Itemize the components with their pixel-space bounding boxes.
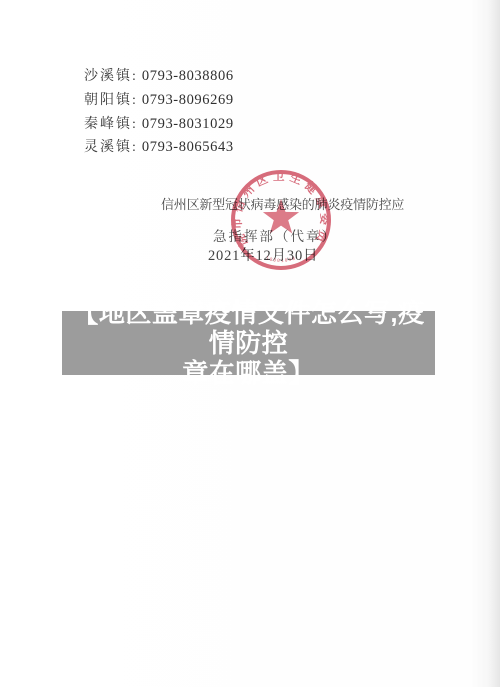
document-page: 沙溪镇: 0793-8038806 朝阳镇: 0793-8096269 秦峰镇:… <box>0 0 500 687</box>
official-seal-stamp: 上饶市信州区卫生健康委员会 18001048 <box>227 166 335 274</box>
phone-number: 0793-8038806 <box>142 69 234 84</box>
caption-banner: 【地区盖章疫情文件怎么写,疫情防控 章在哪盖】 <box>62 311 435 375</box>
town-name: 朝阳镇: <box>84 94 138 109</box>
seal-code: 18001048 <box>265 255 297 264</box>
town-name: 沙溪镇: <box>84 70 138 85</box>
town-name: 秦峰镇: <box>84 118 138 133</box>
caption-line1: 【地区盖章疫情文件怎么写,疫情防控 <box>62 298 435 358</box>
contact-row: 秦峰镇: 0793-8031029 <box>84 117 234 133</box>
contact-row: 灵溪镇: 0793-8065643 <box>84 140 234 156</box>
phone-number: 0793-8096269 <box>142 93 234 108</box>
phone-number: 0793-8031029 <box>142 117 234 132</box>
contact-list: 沙溪镇: 0793-8038806 朝阳镇: 0793-8096269 秦峰镇:… <box>84 69 234 156</box>
contact-row: 朝阳镇: 0793-8096269 <box>84 93 234 109</box>
caption-line2: 章在哪盖】 <box>62 358 435 388</box>
page-edge-shadow <box>488 0 500 687</box>
contact-row: 沙溪镇: 0793-8038806 <box>84 69 234 85</box>
seal-star-icon <box>263 199 299 233</box>
town-name: 灵溪镇: <box>84 141 138 156</box>
phone-number: 0793-8065643 <box>142 140 234 155</box>
